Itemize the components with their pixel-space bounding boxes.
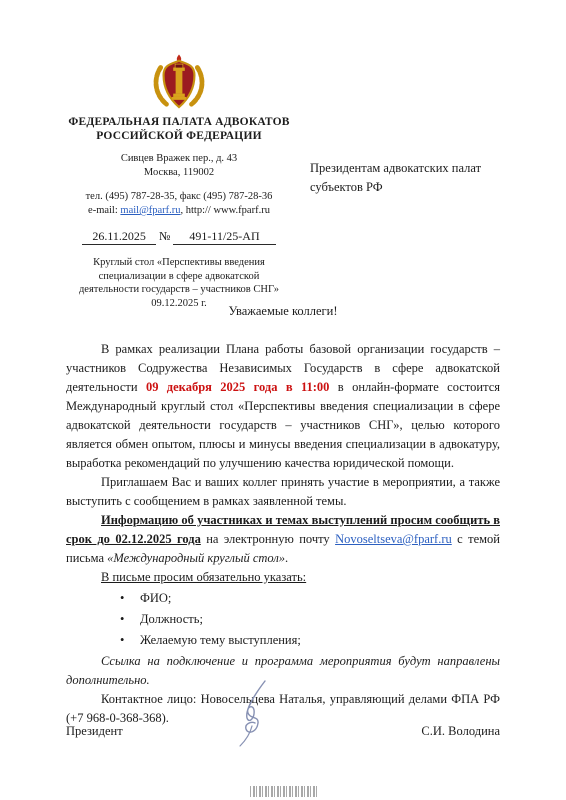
required-fields-list: ФИО; Должность; Желаемую тему выступлени… <box>66 589 500 650</box>
fpa-emblem-icon <box>150 54 208 110</box>
event-datetime: 09 декабря 2025 года в 11:00 <box>146 380 330 394</box>
email-line: e-mail: mail@fparf.ru, http:// www.fparf… <box>64 204 294 218</box>
org-name: ФЕДЕРАЛЬНАЯ ПАЛАТА АДВОКАТОВ РОССИЙСКОЙ … <box>64 115 294 143</box>
signer-title: Президент <box>66 724 123 739</box>
paragraph-list-intro: В письме просим обязательно указать: <box>66 568 500 587</box>
letter-number: 491-11/25-АП <box>173 229 275 245</box>
email-subject-text: «Международный круглый стол» <box>107 551 285 565</box>
paragraph-contact-person: Контактное лицо: Новосельцева Наталья, у… <box>66 690 500 728</box>
org-contacts: тел. (495) 787-28-35, факс (495) 787-28-… <box>64 190 294 218</box>
number-sign: № <box>159 229 170 243</box>
email-link[interactable]: mail@fparf.ru <box>120 205 180 216</box>
list-item: ФИО; <box>66 589 500 608</box>
paragraph-link-note: Ссылка на подключение и программа меропр… <box>66 652 500 690</box>
list-item: Должность; <box>66 610 500 629</box>
org-address: Сивцев Вражек пер., д. 43 Москва, 119002 <box>64 152 294 180</box>
list-item: Желаемую тему выступления; <box>66 631 500 650</box>
document-barcode <box>250 786 317 797</box>
paragraph-invitation: Приглашаем Вас и ваших коллег принять уч… <box>66 473 500 511</box>
letter-page: ФЕДЕРАЛЬНАЯ ПАЛАТА АДВОКАТОВ РОССИЙСКОЙ … <box>0 0 566 800</box>
phone-line: тел. (495) 787-28-35, факс (495) 787-28-… <box>64 190 294 204</box>
date-number-line: 26.11.2025 № 491-11/25-АП <box>64 229 294 245</box>
letter-body: Уважаемые коллеги! В рамках реализации П… <box>66 302 500 728</box>
letterhead: ФЕДЕРАЛЬНАЯ ПАЛАТА АДВОКАТОВ РОССИЙСКОЙ … <box>64 54 294 310</box>
paragraph-announcement: В рамках реализации Плана работы базовой… <box>66 340 500 473</box>
handwritten-signature <box>225 678 280 758</box>
paragraph-deadline: Информацию об участниках и темах выступл… <box>66 511 500 568</box>
salutation: Уважаемые коллеги! <box>66 302 500 321</box>
recipient-block: Президентам адвокатских палат субъектов … <box>310 159 515 196</box>
letter-date: 26.11.2025 <box>82 229 156 245</box>
contact-email-link[interactable]: Novoseltseva@fparf.ru <box>335 532 452 546</box>
signature-row: Президент С.И. Володина <box>66 724 500 739</box>
signer-name: С.И. Володина <box>421 724 500 739</box>
